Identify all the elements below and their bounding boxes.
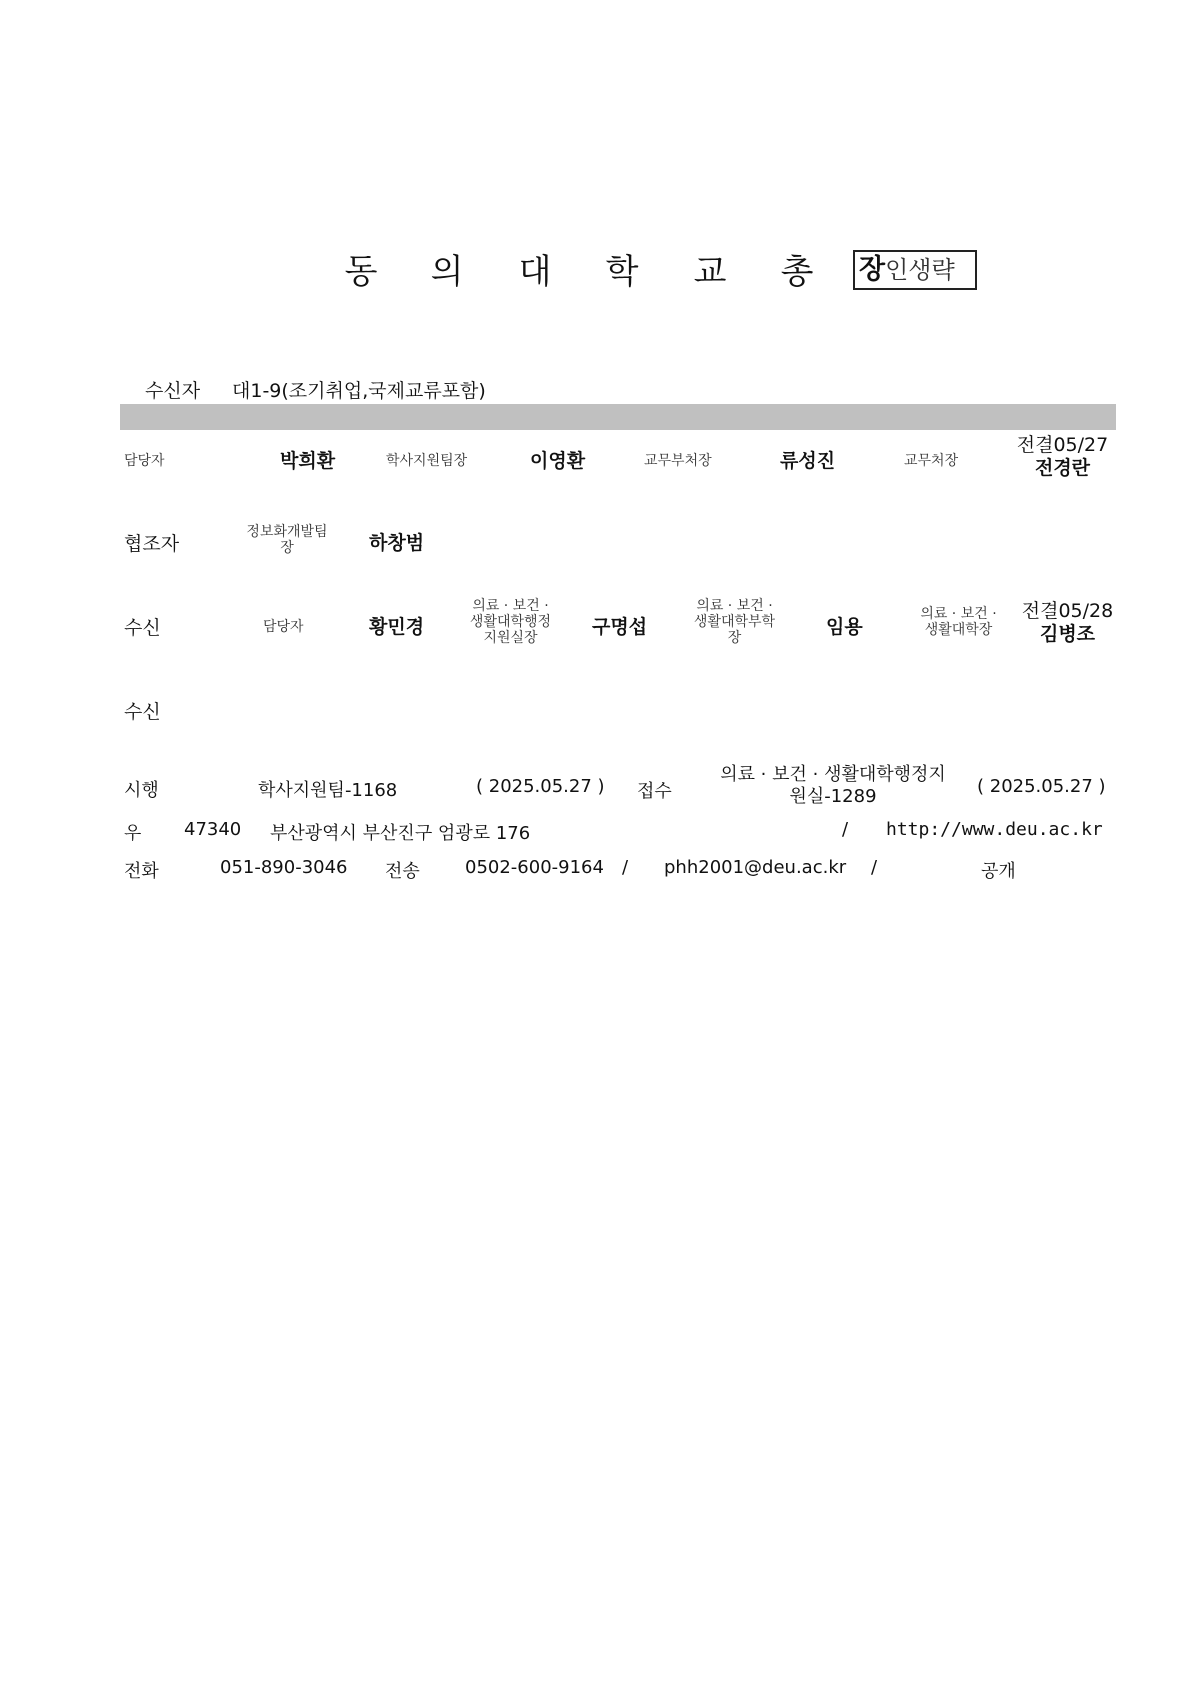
fax-label: 전송 [385,857,420,883]
final-approval-date: 전결05/28 [1010,600,1125,623]
approver-position: 의료 · 보건 · 생활대학행정 지원실장 [448,598,573,646]
receive-label: 접수 [637,777,672,803]
receive-number: 의료 · 보건 · 생활대학행정지 원실-1289 [697,764,969,808]
postal-code: 47340 [184,819,241,840]
document-number: 학사지원팀-1168 [258,776,397,802]
cooperation-position: 정보화개발팀 장 [232,524,342,556]
stamp-text: 인생략 [885,256,955,284]
receive-date: ( 2025.05.27 ) [977,776,1106,797]
title-glyph: 대 [515,252,555,292]
staff-name: 박희환 [280,446,335,473]
stamp-first-char: 장 [859,254,885,285]
position-line: 장 [232,540,342,556]
section-divider-bar [120,404,1116,430]
position-line: 장 [672,630,797,646]
receive-number-line: 원실-1289 [697,786,969,808]
position-line: 지원실장 [448,630,573,646]
postal-label: 우 [124,819,141,845]
title-glyph: 총 [777,252,817,292]
title-glyph: 교 [690,252,730,292]
approver-position: 교무처장 [904,450,958,470]
separator: / [871,857,877,878]
final-approval-date: 전결05/27 [1005,434,1120,457]
position-line: 생활대학장 [896,622,1021,638]
final-approver-name: 전경란 [1005,457,1120,480]
street-address: 부산광역시 부산진구 엄광로 176 [270,819,530,845]
approver-name: 임용 [826,612,863,639]
separator: / [622,857,628,878]
final-approval: 전결05/28 김병조 [1010,600,1125,646]
cooperation-label: 협조자 [124,529,179,556]
disclosure-status: 공개 [981,857,1016,883]
position-line: 의료 · 보건 · [672,598,797,614]
position-line: 생활대학부학 [672,614,797,630]
receipt-label: 수신 [124,613,161,640]
final-approval: 전결05/27 전경란 [1005,434,1120,480]
position-line: 의료 · 보건 · [448,598,573,614]
separator: / [842,819,848,840]
seal-omitted-stamp: 장인생략 [853,250,977,290]
recipient-label: 수신자 [145,376,200,403]
enforcement-label: 시행 [124,776,159,802]
receive-number-line: 의료 · 보건 · 생활대학행정지 [697,764,969,786]
approver-position: 의료 · 보건 · 생활대학장 [896,606,1021,638]
website-link[interactable]: http://www.deu.ac.kr [886,819,1103,840]
position-line: 정보화개발팀 [232,524,342,540]
position-line: 의료 · 보건 · [896,606,1021,622]
cooperator-name: 하창범 [369,528,424,555]
approver-position: 학사지원팀장 [386,450,467,470]
title-glyph: 동 [341,252,381,292]
approver-position: 교무부처장 [644,450,712,470]
final-approver-name: 김병조 [1010,623,1125,646]
title-glyph: 의 [427,252,467,292]
email-link[interactable]: phh2001@deu.ac.kr [664,857,846,878]
staff-label: 담당자 [124,450,165,470]
title-glyph: 학 [602,252,642,292]
enforcement-date: ( 2025.05.27 ) [476,776,605,797]
receipt-label-2: 수신 [124,697,161,724]
approver-name: 이영환 [530,446,585,473]
approver-name: 구명섭 [592,612,647,639]
phone-label: 전화 [124,857,159,883]
staff-name: 황민경 [369,612,424,639]
approver-position: 의료 · 보건 · 생활대학부학 장 [672,598,797,646]
phone-number: 051-890-3046 [220,857,348,878]
approver-name: 류성진 [780,446,835,473]
recipient-value: 대1-9(조기취업,국제교류포함) [232,376,486,403]
fax-number: 0502-600-9164 [465,857,604,878]
position-line: 생활대학행정 [448,614,573,630]
staff-label: 담당자 [263,616,304,636]
